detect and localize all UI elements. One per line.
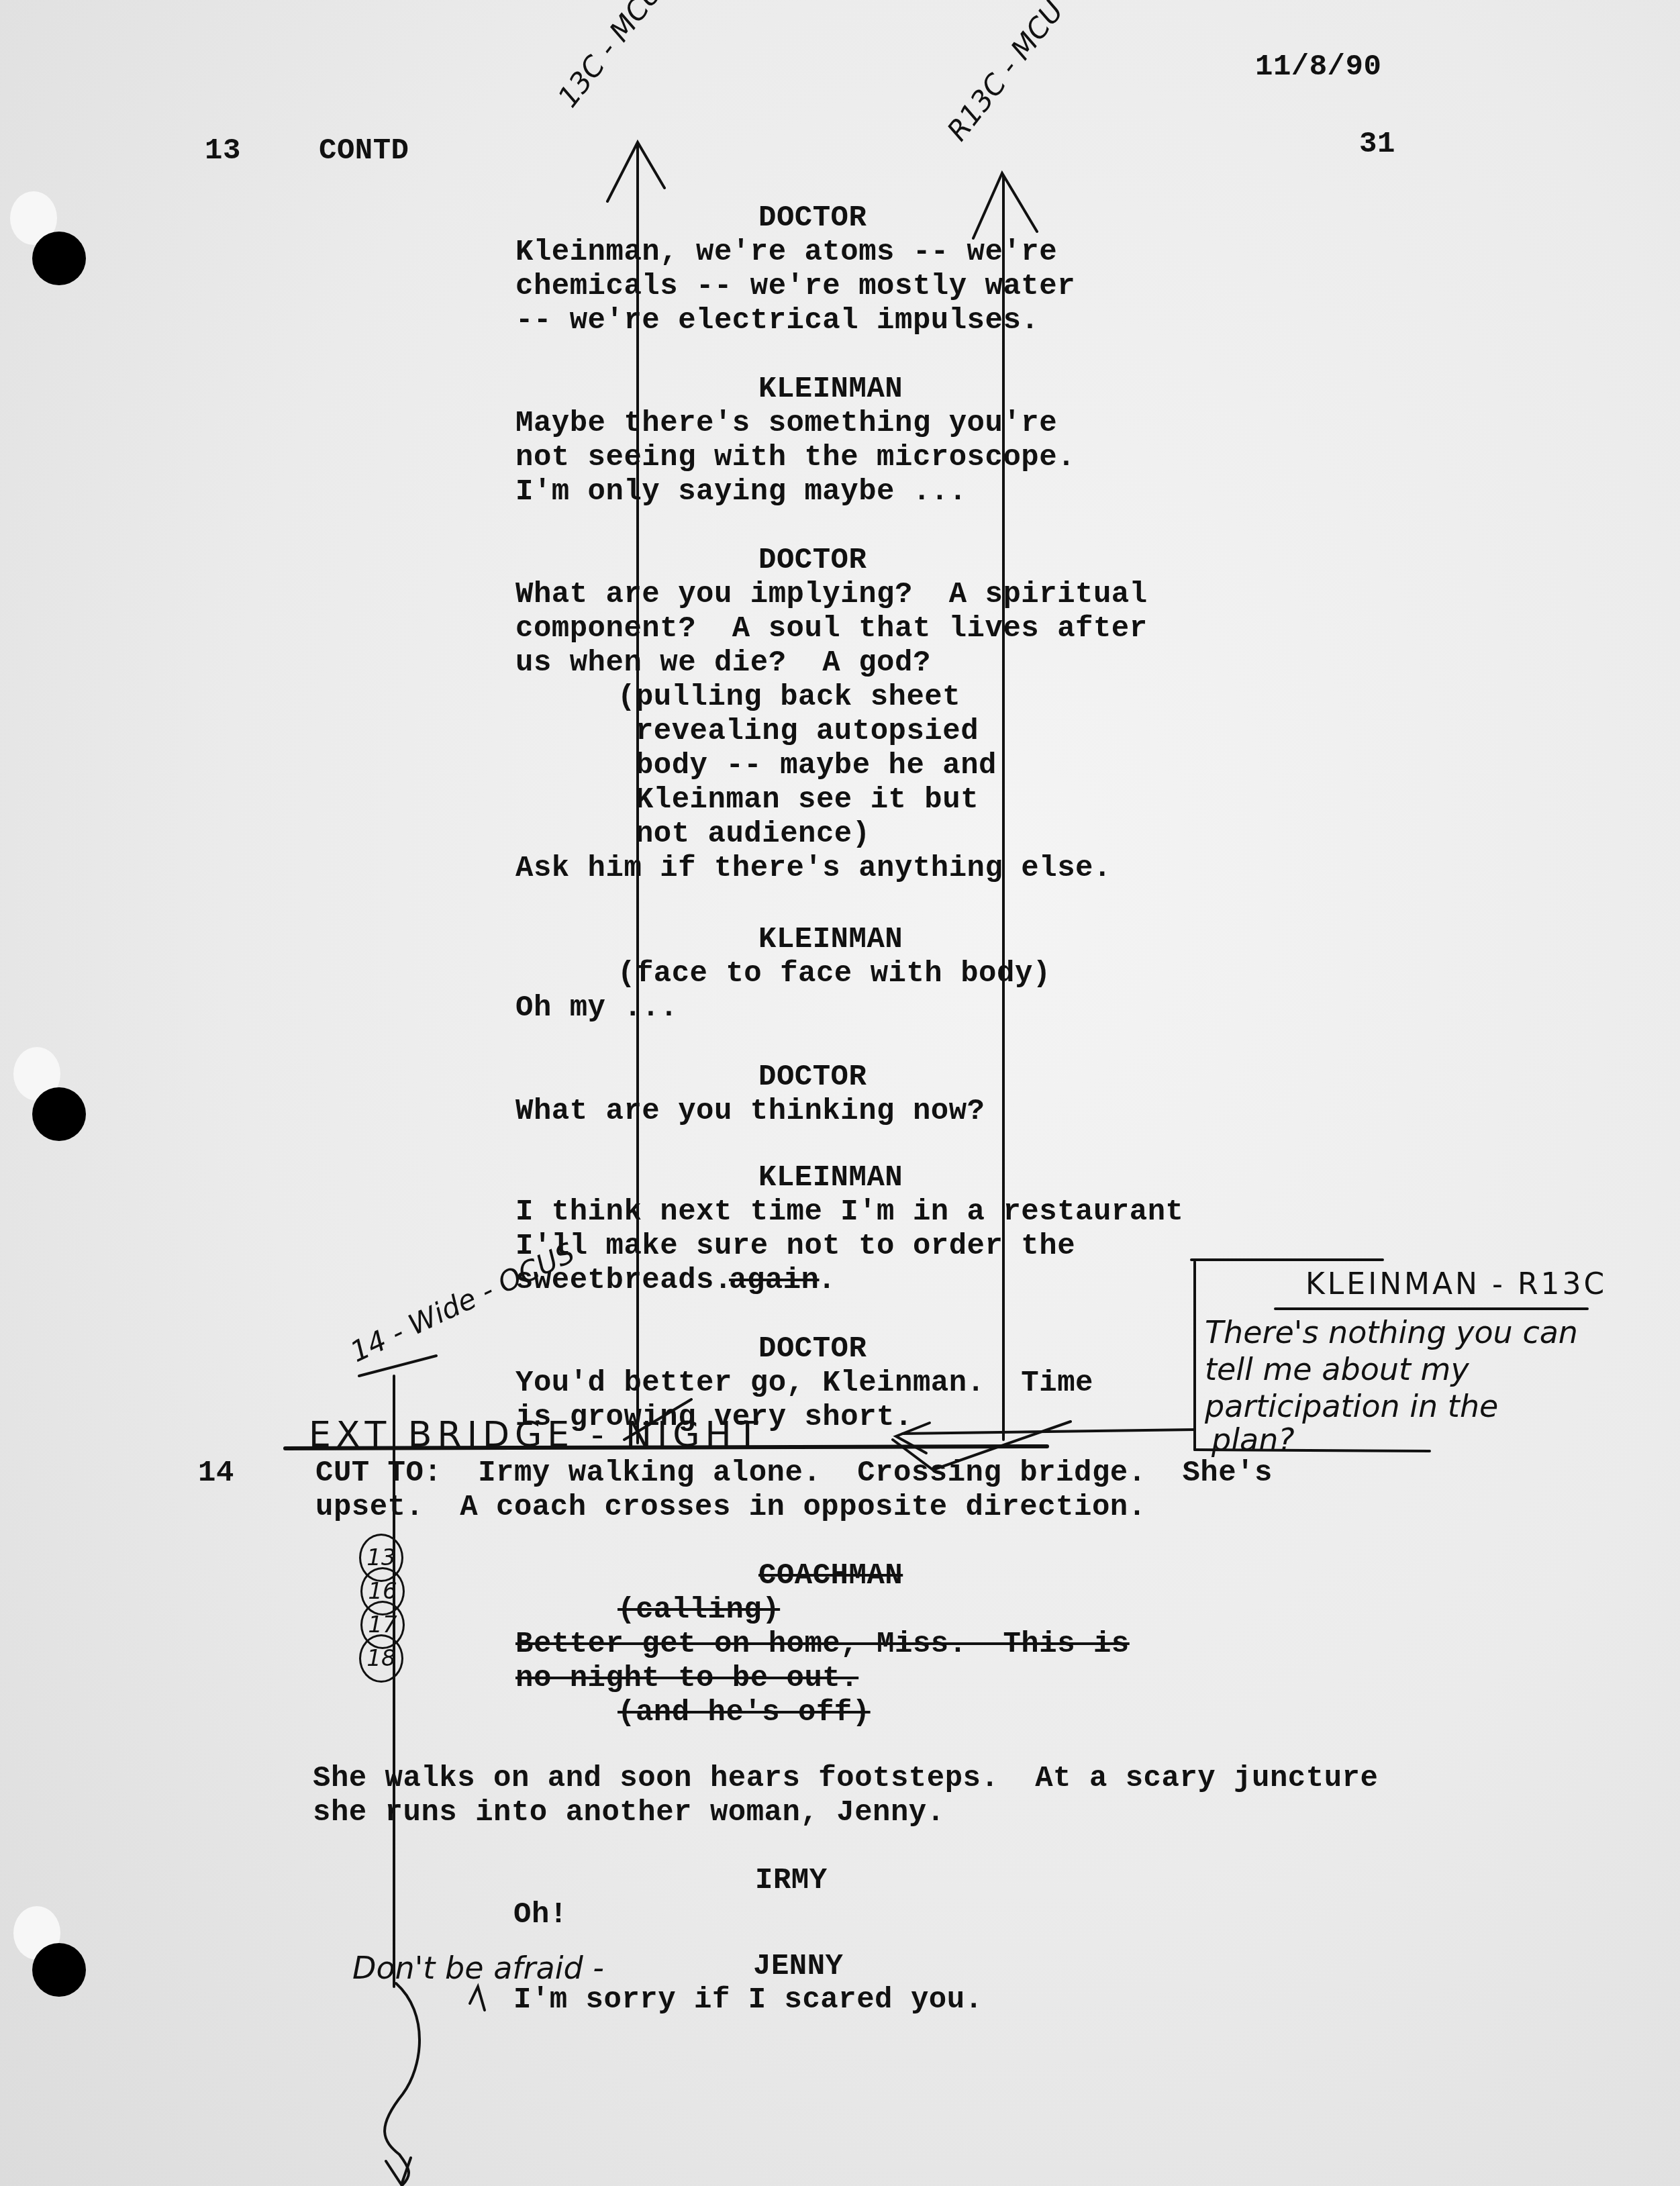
pen-marks-overlay	[0, 0, 1680, 2186]
arrow-head-icon	[607, 142, 664, 201]
arrow-head-icon	[973, 173, 1037, 238]
